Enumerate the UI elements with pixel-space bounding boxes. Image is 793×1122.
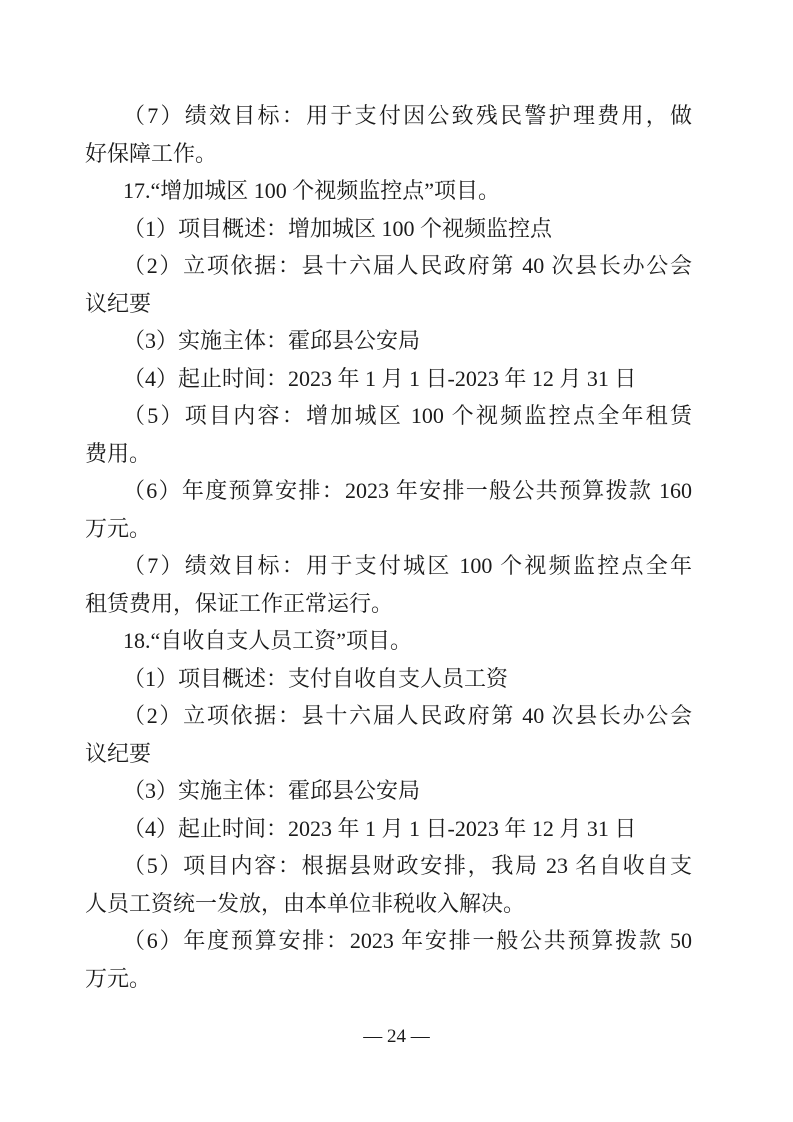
paragraph-project17-timespan: （4）起止时间：2023 年 1 月 1 日-2023 年 12 月 31 日 bbox=[85, 360, 692, 398]
paragraph-project18-content: （5）项目内容：根据县财政安排，我局 23 名自收自支 人员工资统一发放，由本单… bbox=[85, 847, 692, 922]
document-body: （7）绩效目标：用于支付因公致残民警护理费用，做 好保障工作。 17.“增加城区… bbox=[85, 97, 692, 997]
paragraph-project17-implementer: （3）实施主体：霍邱县公安局 bbox=[85, 322, 692, 360]
text-line: 费用。 bbox=[85, 435, 692, 473]
text-line: 万元。 bbox=[85, 960, 692, 998]
document-page: （7）绩效目标：用于支付因公致残民警护理费用，做 好保障工作。 17.“增加城区… bbox=[0, 0, 793, 1122]
text-line: （4）起止时间：2023 年 1 月 1 日-2023 年 12 月 31 日 bbox=[85, 360, 692, 398]
text-line: （3）实施主体：霍邱县公安局 bbox=[85, 772, 692, 810]
paragraph-item7-performance-goal: （7）绩效目标：用于支付因公致残民警护理费用，做 好保障工作。 bbox=[85, 97, 692, 172]
text-line: （5）项目内容：增加城区 100 个视频监控点全年租赁 bbox=[85, 397, 692, 435]
paragraph-project18-timespan: （4）起止时间：2023 年 1 月 1 日-2023 年 12 月 31 日 bbox=[85, 810, 692, 848]
text-line: 18.“自收自支人员工资”项目。 bbox=[85, 622, 692, 660]
paragraph-project17-content: （5）项目内容：增加城区 100 个视频监控点全年租赁 费用。 bbox=[85, 397, 692, 472]
text-line: （7）绩效目标：用于支付城区 100 个视频监控点全年 bbox=[85, 547, 692, 585]
paragraph-project17-performance-goal: （7）绩效目标：用于支付城区 100 个视频监控点全年 租赁费用，保证工作正常运… bbox=[85, 547, 692, 622]
paragraph-project18-overview: （1）项目概述：支付自收自支人员工资 bbox=[85, 660, 692, 698]
paragraph-project18-budget: （6）年度预算安排：2023 年安排一般公共预算拨款 50 万元。 bbox=[85, 922, 692, 997]
text-line: （6）年度预算安排：2023 年安排一般公共预算拨款 50 bbox=[85, 922, 692, 960]
text-line: （2）立项依据：县十六届人民政府第 40 次县长办公会 bbox=[85, 247, 692, 285]
paragraph-project17-budget: （6）年度预算安排：2023 年安排一般公共预算拨款 160 万元。 bbox=[85, 472, 692, 547]
text-line: 人员工资统一发放，由本单位非税收入解决。 bbox=[85, 885, 692, 923]
paragraph-project18-basis: （2）立项依据：县十六届人民政府第 40 次县长办公会 议纪要 bbox=[85, 697, 692, 772]
text-line: （4）起止时间：2023 年 1 月 1 日-2023 年 12 月 31 日 bbox=[85, 810, 692, 848]
paragraph-project17-basis: （2）立项依据：县十六届人民政府第 40 次县长办公会 议纪要 bbox=[85, 247, 692, 322]
paragraph-project17-heading: 17.“增加城区 100 个视频监控点”项目。 bbox=[85, 172, 692, 210]
text-line: 万元。 bbox=[85, 510, 692, 548]
text-line: 议纪要 bbox=[85, 735, 692, 773]
text-line: （1）项目概述：增加城区 100 个视频监控点 bbox=[85, 210, 692, 248]
text-line: （5）项目内容：根据县财政安排，我局 23 名自收自支 bbox=[85, 847, 692, 885]
text-line: （6）年度预算安排：2023 年安排一般公共预算拨款 160 bbox=[85, 472, 692, 510]
text-line: 议纪要 bbox=[85, 285, 692, 323]
page-number: — 24 — bbox=[363, 1026, 430, 1047]
text-line: 好保障工作。 bbox=[85, 135, 692, 173]
text-line: 租赁费用，保证工作正常运行。 bbox=[85, 585, 692, 623]
page-footer: — 24 — bbox=[0, 1024, 793, 1050]
text-line: （3）实施主体：霍邱县公安局 bbox=[85, 322, 692, 360]
text-line: （7）绩效目标：用于支付因公致残民警护理费用，做 bbox=[85, 97, 692, 135]
text-line: （1）项目概述：支付自收自支人员工资 bbox=[85, 660, 692, 698]
paragraph-project18-heading: 18.“自收自支人员工资”项目。 bbox=[85, 622, 692, 660]
text-line: （2）立项依据：县十六届人民政府第 40 次县长办公会 bbox=[85, 697, 692, 735]
text-line: 17.“增加城区 100 个视频监控点”项目。 bbox=[85, 172, 692, 210]
paragraph-project17-overview: （1）项目概述：增加城区 100 个视频监控点 bbox=[85, 210, 692, 248]
paragraph-project18-implementer: （3）实施主体：霍邱县公安局 bbox=[85, 772, 692, 810]
